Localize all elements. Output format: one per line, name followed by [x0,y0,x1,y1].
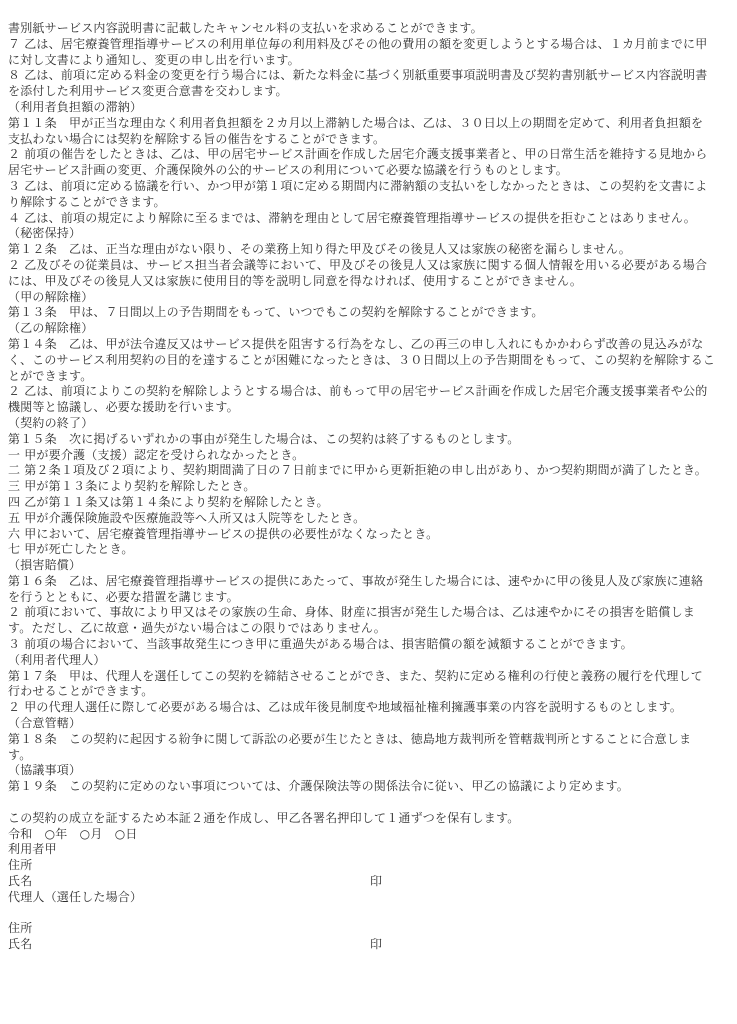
document-line: （秘密保持） [8,226,732,242]
line-text: 第１１条 甲が正当な理由なく利用者負担額を２カ月以上滞納した場合は、乙は、３０日… [8,116,703,132]
line-text: 機関等と協議し、必要な援助を行います。 [8,400,239,416]
line-text: 三 甲が第１３条により契約を解除したとき。 [8,479,256,495]
line-text: 第１３条 甲は、７日間以上の予告期間をもって、いつでもこの契約を解除することがで… [8,305,544,321]
line-text: 住所 [8,921,32,937]
document-line: 支払わない場合には契約を解除する旨の催告をすることができます。 [8,132,732,148]
document-line: 二 第２条１項及び２項により、契約期間満了日の７日前までに甲から更新拒絶の申し出… [8,463,732,479]
document-line: 書別紙サービス内容説明書に記載したキャンセル料の支払いを求めることができます。 [8,21,732,37]
document-line: ８ 乙は、前項に定める料金の変更を行う場合には、新たな料金に基づく別紙重要事項説… [8,68,732,84]
document-line: 第１４条 乙は、甲が法令違反又はサービス提供を阻害する行為をなし、乙の再三の申し… [8,337,732,353]
line-text: 第１９条 この契約に定めのない事項については、介護保険法等の関係法令に従い、甲乙… [8,779,629,795]
line-text: を添付した利用サービス変更合意書を交わします。 [8,84,288,100]
document-line: とができます。 [8,369,732,385]
line-text: 第１４条 乙は、甲が法令違反又はサービス提供を阻害する行為をなし、乙の再三の申し… [8,337,703,353]
line-text: ２ 甲の代理人選任に際して必要がある場合は、乙は成年後見制度や地域福祉権利擁護事… [8,700,682,716]
line-text: ２ 乙は、前項によりこの契約を解除しようとする場合は、前もって甲の居宅サービス計… [8,384,707,400]
document-line: ４ 乙は、前項の規定により解除に至るまでは、滞納を理由として居宅療養管理指導サー… [8,211,732,227]
line-text: ２ 前項において、事故により甲又はその家族の生命、身体、財産に損害が発生した場合… [8,605,695,621]
line-text: 六 甲において、居宅療養管理指導サービスの提供の必要性がなくなったとき。 [8,527,438,543]
line-text: く、このサービス利用契約の目的を達することが困難になったときは、３０日間以上の予… [8,353,715,369]
document-line: 一 甲が要介護（支援）認定を受けられなかったとき。 [8,448,732,464]
line-text: ２ 前項の催告をしたときは、乙は、甲の居宅サービス計画を作成した居宅介護支援事業… [8,147,707,163]
line-text: に対し文書により通知し、変更の申し出を行います。 [8,53,300,69]
document-line: 令和 ○年 ○月 ○日 [8,827,732,843]
document-line: を行うとともに、必要な措置を講じます。 [8,590,732,606]
line-text: （秘密保持） [8,226,81,242]
line-text: （損害賠償） [8,558,81,574]
line-text: ３ 乙は、前項に定める協議を行い、かつ甲が第１項に定める期間内に滞納額の支払いを… [8,179,707,195]
document-line: 第１９条 この契約に定めのない事項については、介護保険法等の関係法令に従い、甲乙… [8,779,732,795]
line-text: には、甲及びその後見人又は家族に使用目的等を説明し同意を得なければ、使用すること… [8,274,582,290]
document-line: （乙の解除権） [8,321,732,337]
document-line: 四 乙が第１１条又は第１４条により契約を解除したとき。 [8,495,732,511]
document-line: 住所 [8,858,732,874]
document-line: 第１６条 乙は、居宅療養管理指導サービスの提供にあたって、事故が発生した場合には… [8,574,732,590]
line-text: 第１６条 乙は、居宅療養管理指導サービスの提供にあたって、事故が発生した場合には… [8,574,703,590]
document-line: ２ 前項の催告をしたときは、乙は、甲の居宅サービス計画を作成した居宅介護支援事業… [8,147,732,163]
document-line: ２ 前項において、事故により甲又はその家族の生命、身体、財産に損害が発生した場合… [8,605,732,621]
document-line [8,906,732,922]
document-line: ７ 乙は、居宅療養管理指導サービスの利用単位毎の利用料及びその他の費用の額を変更… [8,37,732,53]
document-line: り解除することができます。 [8,195,732,211]
line-text: 五 甲が介護保険施設や医療施設等へ入所又は入院等をしたとき。 [8,511,365,527]
document-line: （契約の終了） [8,416,732,432]
document-line: 七 甲が死亡したとき。 [8,542,732,558]
line-text: 二 第２条１項及び２項により、契約期間満了日の７日前までに甲から更新拒絶の申し出… [8,463,707,479]
line-text: 令和 ○年 ○月 ○日 [8,827,138,843]
line-text: （乙の解除権） [8,321,93,337]
document-line: す。ただし、乙に故意・過失がない場合はこの限りではありません。 [8,621,732,637]
document-line: 第１５条 次に掲げるいずれかの事由が発生した場合は、この契約は終了するものとしま… [8,432,732,448]
document-line: （甲の解除権） [8,290,732,306]
line-text: 住所 [8,858,32,874]
line-text: （利用者負担額の滞納） [8,100,142,116]
line-text: ４ 乙は、前項の規定により解除に至るまでは、滞納を理由として居宅療養管理指導サー… [8,211,696,227]
document-line: 氏名印 [8,874,732,890]
document-line: 居宅サービス計画の変更、介護保険外の公的サービスの利用について必要な協議を行うも… [8,163,732,179]
seal-mark: 印 [370,874,382,890]
line-text: 第１７条 甲は、代理人を選任してこの契約を締結させることができ、また、契約に定め… [8,669,703,685]
line-text: 第１８条 この契約に起因する紛争に関して訴訟の必要が生じたときは、徳島地方裁判所… [8,732,691,748]
line-text: 一 甲が要介護（支援）認定を受けられなかったとき。 [8,448,304,464]
document-line: （損害賠償） [8,558,732,574]
line-text: 第１５条 次に掲げるいずれかの事由が発生した場合は、この契約は終了するものとしま… [8,432,519,448]
document-line: 六 甲において、居宅療養管理指導サービスの提供の必要性がなくなったとき。 [8,527,732,543]
document-line: 第１８条 この契約に起因する紛争に関して訴訟の必要が生じたときは、徳島地方裁判所… [8,732,732,748]
document-line: （利用者負担額の滞納） [8,100,732,116]
line-text: 氏名 [8,874,32,890]
line-text: とができます。 [8,369,92,385]
line-text: 書別紙サービス内容説明書に記載したキャンセル料の支払いを求めることができます。 [8,21,483,37]
line-text: （契約の終了） [8,416,93,432]
line-text: 居宅サービス計画の変更、介護保険外の公的サービスの利用について必要な協議を行うも… [8,163,568,179]
line-text: す。ただし、乙に故意・過失がない場合はこの限りではありません。 [8,621,386,637]
document-line: ３ 乙は、前項に定める協議を行い、かつ甲が第１項に定める期間内に滞納額の支払いを… [8,179,732,195]
line-text: ７ 乙は、居宅療養管理指導サービスの利用単位毎の利用料及びその他の費用の額を変更… [8,37,707,53]
document-line: ２ 甲の代理人選任に際して必要がある場合は、乙は成年後見制度や地域福祉権利擁護事… [8,700,732,716]
document-line: く、このサービス利用契約の目的を達することが困難になったときは、３０日間以上の予… [8,353,732,369]
document-line: ３ 前項の場合において、当該事故発生につき甲に重過失がある場合は、損害賠償の額を… [8,637,732,653]
line-text: を行うとともに、必要な措置を講じます。 [8,590,239,606]
document-line: 行わせることができます。 [8,684,732,700]
document-line: ２ 乙及びその従業員は、サービス担当者会議等において、甲及びその後見人又は家族に… [8,258,732,274]
line-text: ２ 乙及びその従業員は、サービス担当者会議等において、甲及びその後見人又は家族に… [8,258,707,274]
document-line: に対し文書により通知し、変更の申し出を行います。 [8,53,732,69]
line-text: 氏名 [8,937,32,953]
line-text: ８ 乙は、前項に定める料金の変更を行う場合には、新たな料金に基づく別紙重要事項説… [8,68,707,84]
document-line: （合意管轄） [8,716,732,732]
document-line: 利用者甲 [8,842,732,858]
line-text: す。 [8,748,31,764]
document-line: 住所 [8,921,732,937]
line-text: （合意管轄） [8,716,81,732]
document-line: （利用者代理人） [8,653,732,669]
document-line: を添付した利用サービス変更合意書を交わします。 [8,84,732,100]
document-line: 第１７条 甲は、代理人を選任してこの契約を締結させることができ、また、契約に定め… [8,669,732,685]
document-line: には、甲及びその後見人又は家族に使用目的等を説明し同意を得なければ、使用すること… [8,274,732,290]
document-line: 五 甲が介護保険施設や医療施設等へ入所又は入院等をしたとき。 [8,511,732,527]
document-line: す。 [8,748,732,764]
document-line: 第１１条 甲が正当な理由なく利用者負担額を２カ月以上滞納した場合は、乙は、３０日… [8,116,732,132]
document-line: この契約の成立を証するため本証２通を作成し、甲乙各署名押印して１通ずつを保有しま… [8,811,732,827]
line-text: 四 乙が第１１条又は第１４条により契約を解除したとき。 [8,495,329,511]
document-line: 三 甲が第１３条により契約を解除したとき。 [8,479,732,495]
line-text: （協議事項） [8,763,81,779]
line-text: 第１２条 乙は、正当な理由がない限り、その業務上知り得た甲及びその後見人又は家族… [8,242,631,258]
line-text: この契約の成立を証するため本証２通を作成し、甲乙各署名押印して１通ずつを保有しま… [8,811,519,827]
document-line: 代理人（選任した場合） [8,890,732,906]
document-line: ２ 乙は、前項によりこの契約を解除しようとする場合は、前もって甲の居宅サービス計… [8,384,732,400]
line-text: （甲の解除権） [8,290,93,306]
line-text: （利用者代理人） [8,653,106,669]
line-text: 利用者甲 [8,842,57,858]
document-lines: 書別紙サービス内容説明書に記載したキャンセル料の支払いを求めることができます。７… [8,21,732,953]
document-line: 機関等と協議し、必要な援助を行います。 [8,400,732,416]
document-line: 第１３条 甲は、７日間以上の予告期間をもって、いつでもこの契約を解除することがで… [8,305,732,321]
line-text: 七 甲が死亡したとき。 [8,542,134,558]
document-line [8,795,732,811]
line-text: 行わせることができます。 [8,684,153,700]
contract-document-page: 書別紙サービス内容説明書に記載したキャンセル料の支払いを求めることができます。７… [0,0,737,1024]
document-line: 第１２条 乙は、正当な理由がない限り、その業務上知り得た甲及びその後見人又は家族… [8,242,732,258]
document-line: （協議事項） [8,763,732,779]
line-text: 支払わない場合には契約を解除する旨の催告をすることができます。 [8,132,385,148]
document-line: 氏名印 [8,937,732,953]
line-text: 代理人（選任した場合） [8,890,142,906]
line-text: り解除することができます。 [8,195,166,211]
line-text: ３ 前項の場合において、当該事故発生につき甲に重過失がある場合は、損害賠償の額を… [8,637,633,653]
seal-mark: 印 [370,937,382,953]
